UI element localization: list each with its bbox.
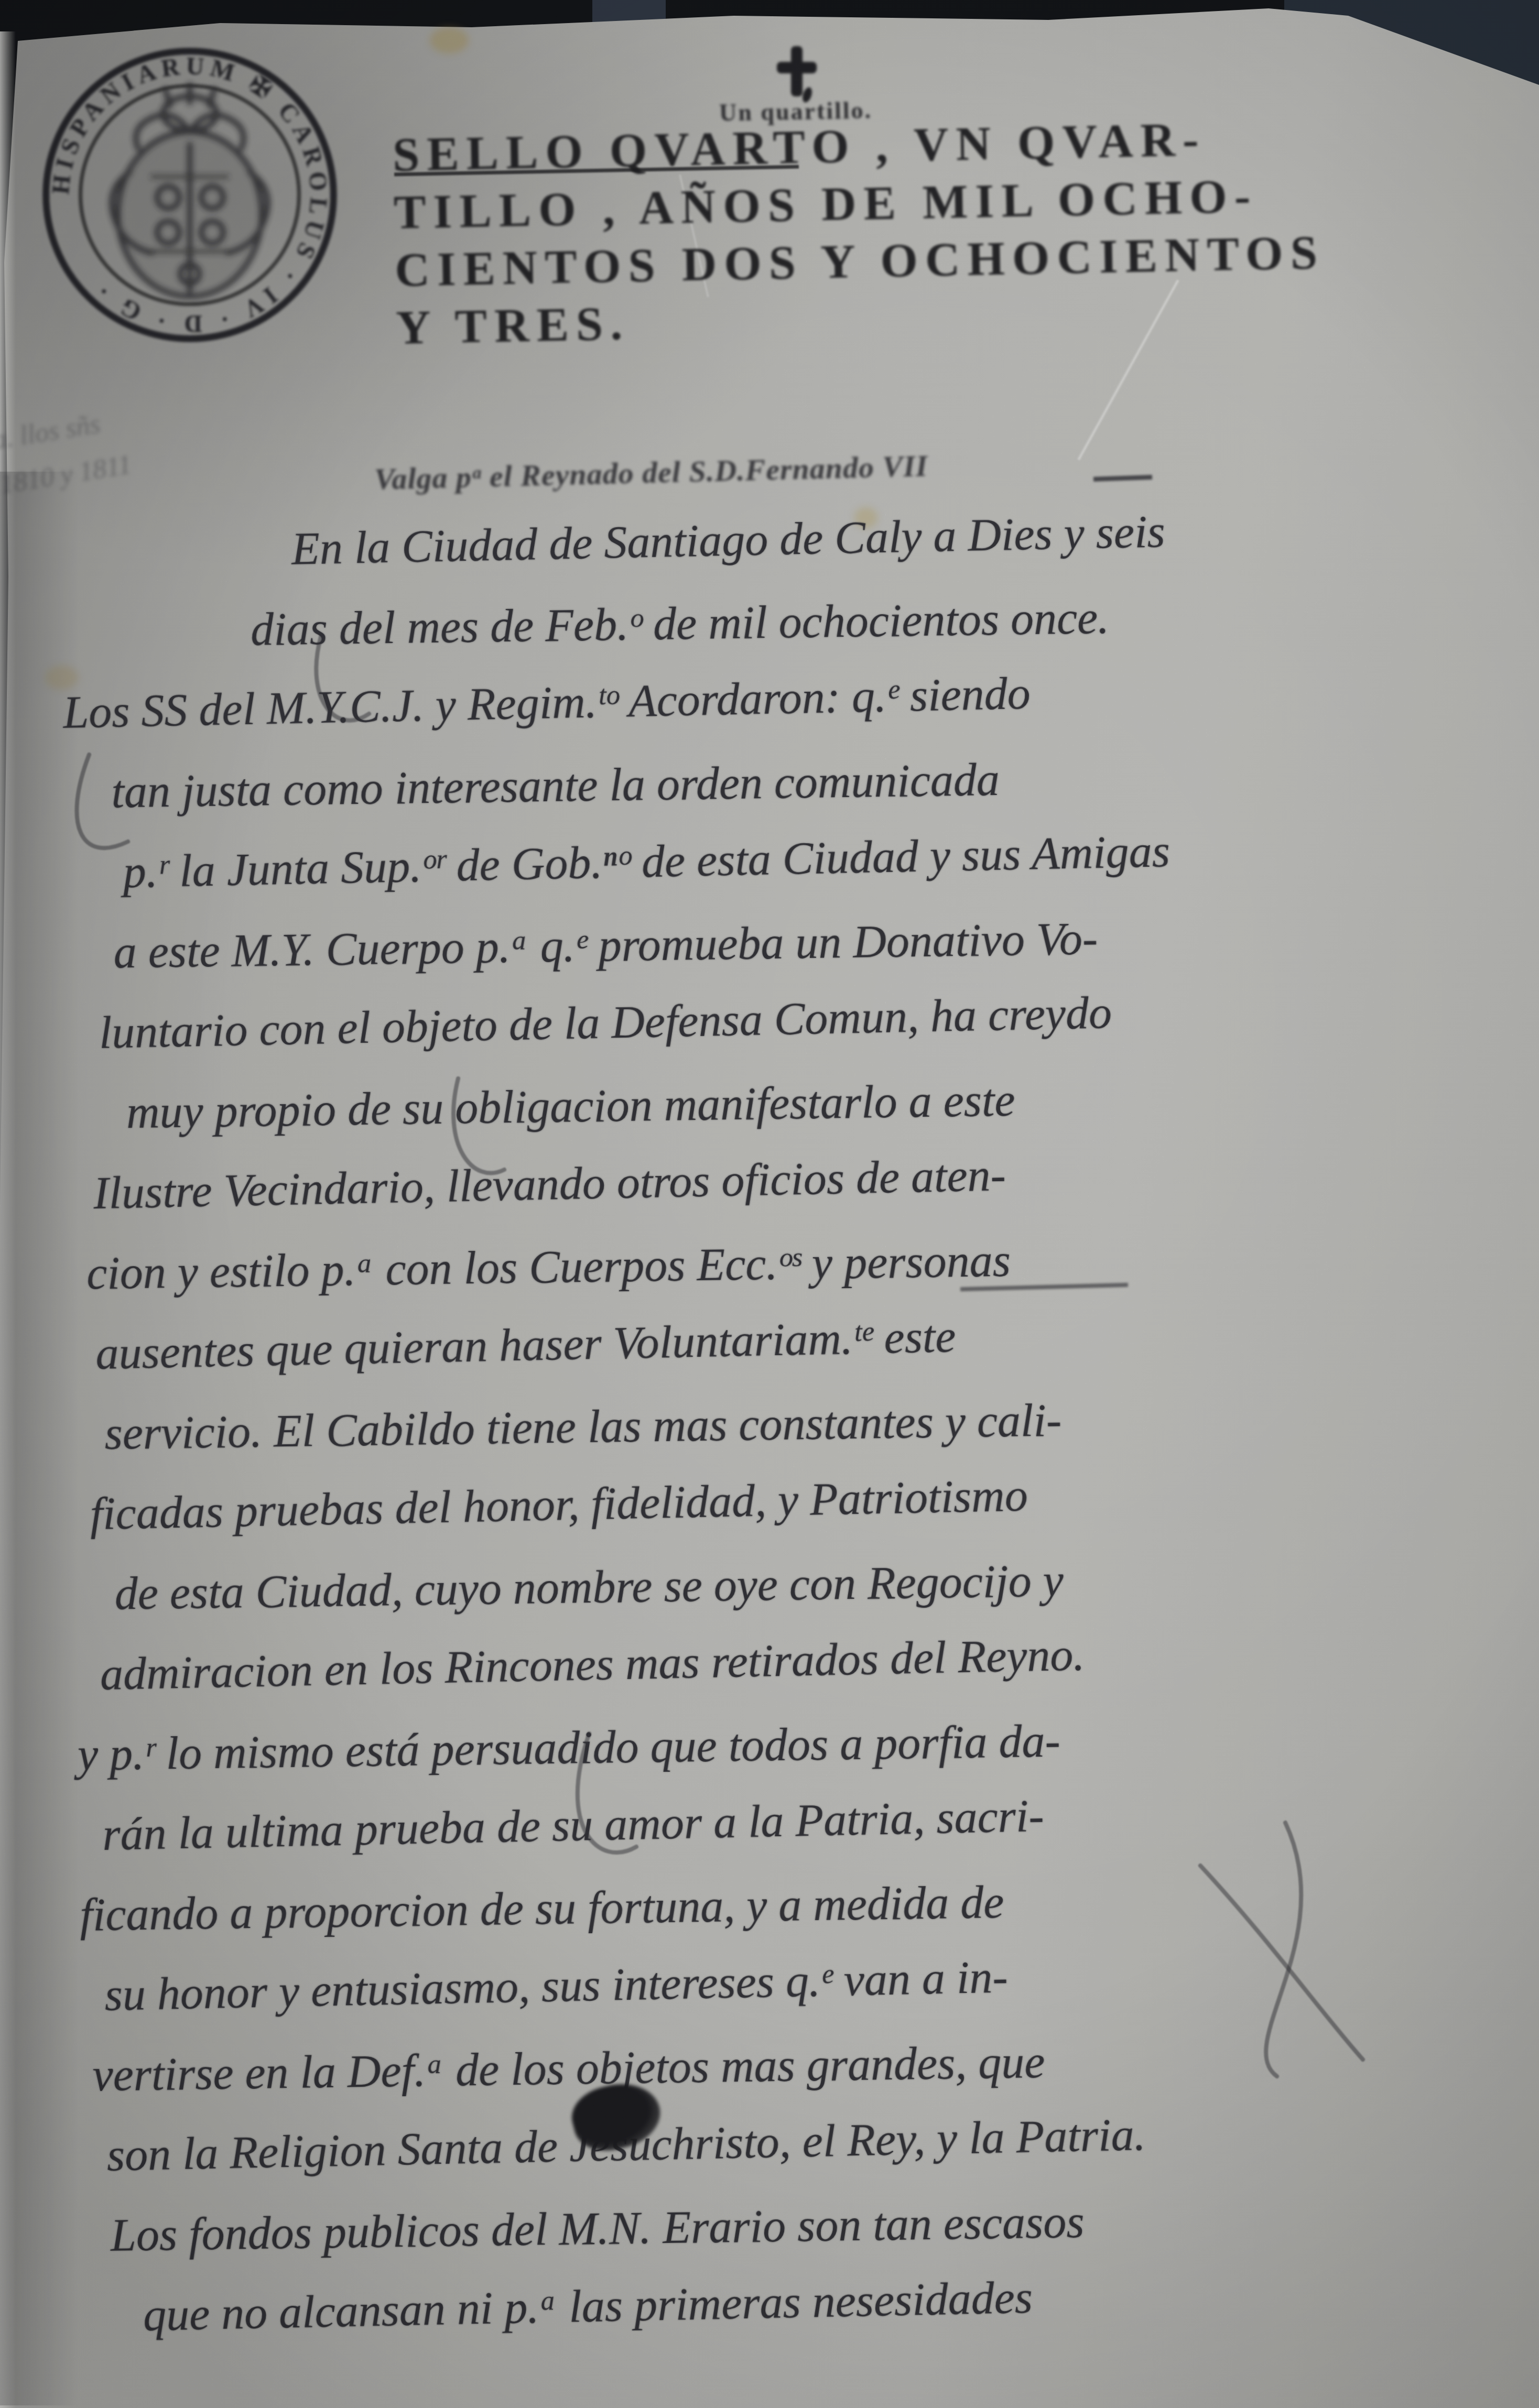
sello-heading: SELLO QVARTO , VN QVAR- TILLO , AÑOS DE … (392, 107, 1361, 356)
maltese-cross-icon (775, 46, 819, 103)
paper-stain (430, 27, 469, 53)
coat-of-arms (112, 83, 268, 297)
document-photo: HISPANIARUM ✠ CAROLUS · IV · D · G · Un … (0, 0, 1539, 2408)
background-sliver (592, 0, 666, 22)
royal-seal: HISPANIARUM ✠ CAROLUS · IV · D · G · (22, 27, 357, 363)
manuscript-body: En la Ciudad de Santiago de Caly a Dies … (55, 492, 1539, 2357)
